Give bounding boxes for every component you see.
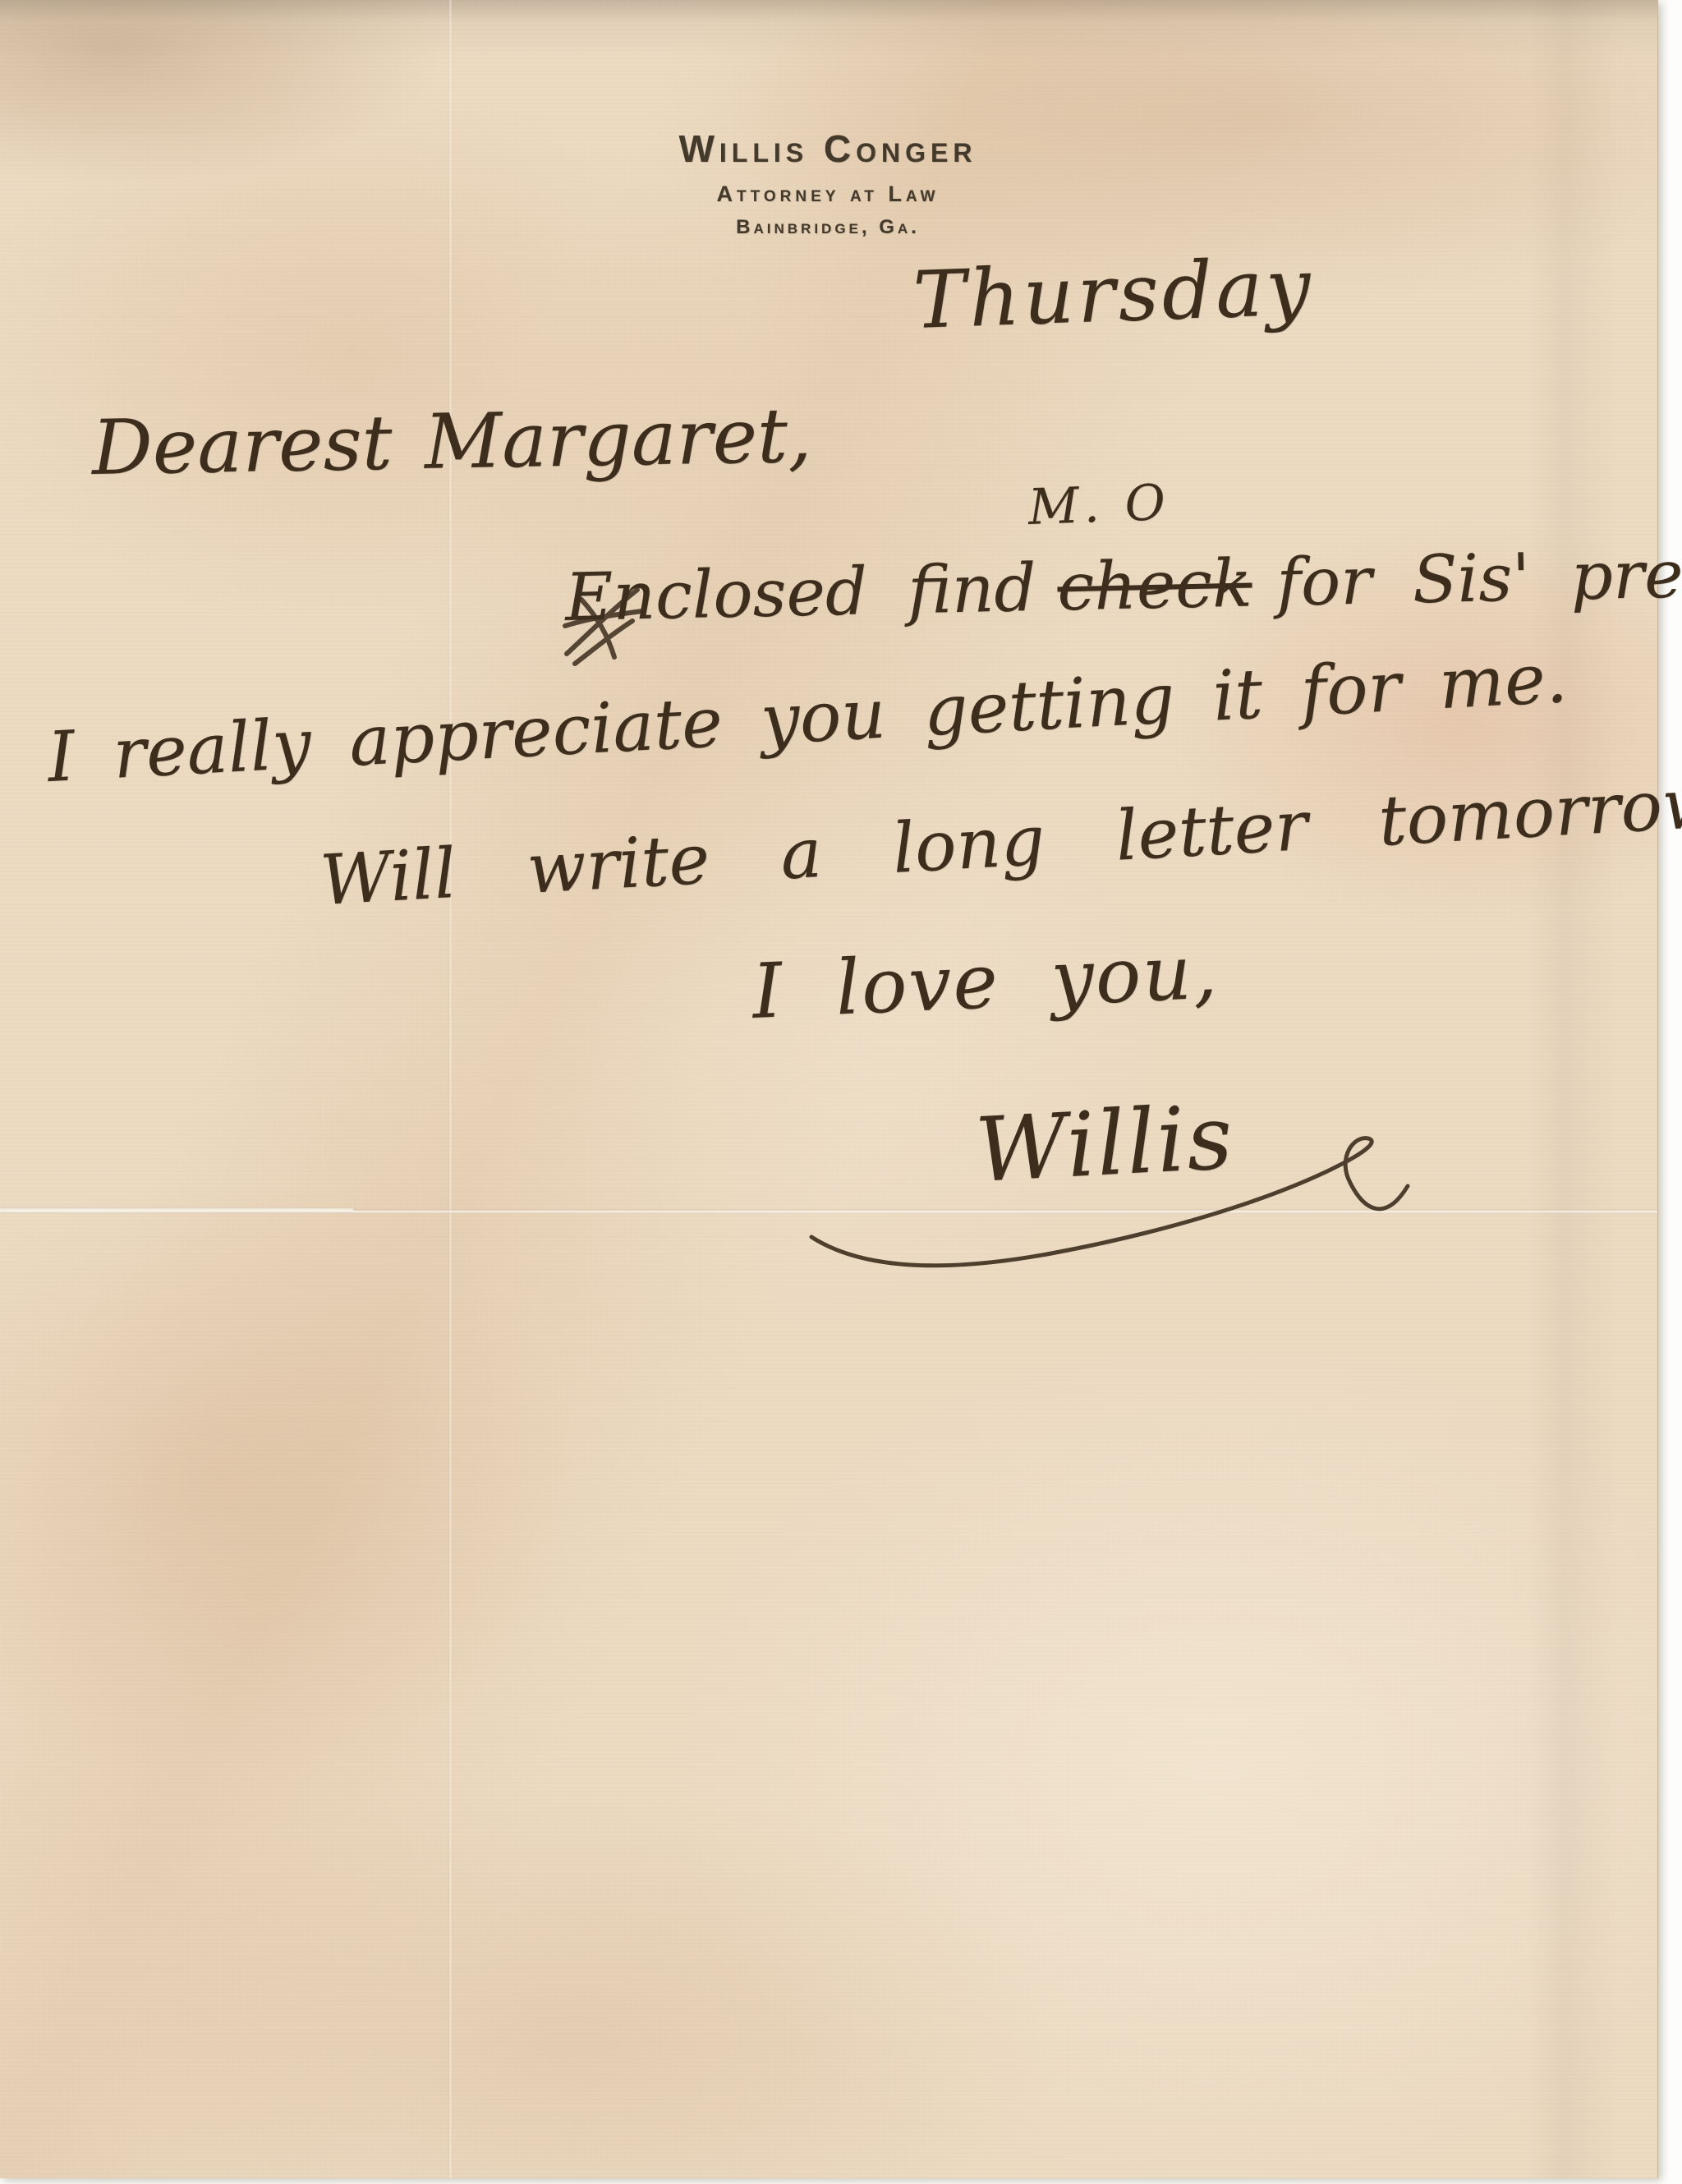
- letterhead-location: Bainbridge, Ga.: [575, 216, 1081, 239]
- letterhead-name: Willis Conger: [575, 126, 1081, 171]
- body-line-3: Will write a long letter tomorrow: [319, 768, 1682, 915]
- body-line-1: Enclosed findcheckfor Sis' present.: [564, 538, 1682, 631]
- signature-flourish: [805, 1132, 1437, 1280]
- body-line-2: I really appreciate you getting it for m…: [46, 643, 1569, 792]
- scanned-letter: Willis Conger Attorney at Law Bainbridge…: [0, 0, 1682, 2184]
- scribble-mark: [557, 575, 655, 674]
- closing-line: I love you,: [751, 934, 1220, 1030]
- fold-tear-mark: [0, 1207, 353, 1213]
- letterhead: Willis Conger Attorney at Law Bainbridge…: [575, 126, 1081, 239]
- struck-word: check: [1056, 545, 1252, 625]
- date-line: Thursday: [912, 247, 1315, 340]
- letterhead-title: Attorney at Law: [575, 182, 1081, 207]
- salutation: Dearest Margaret,: [91, 398, 812, 486]
- body-line-1-post: for Sis' present.: [1275, 532, 1682, 620]
- letter-paper: Willis Conger Attorney at Law Bainbridge…: [0, 0, 1658, 2178]
- correction-above-strike: M. O: [1027, 478, 1171, 532]
- vertical-fold-crease: [448, 0, 453, 2178]
